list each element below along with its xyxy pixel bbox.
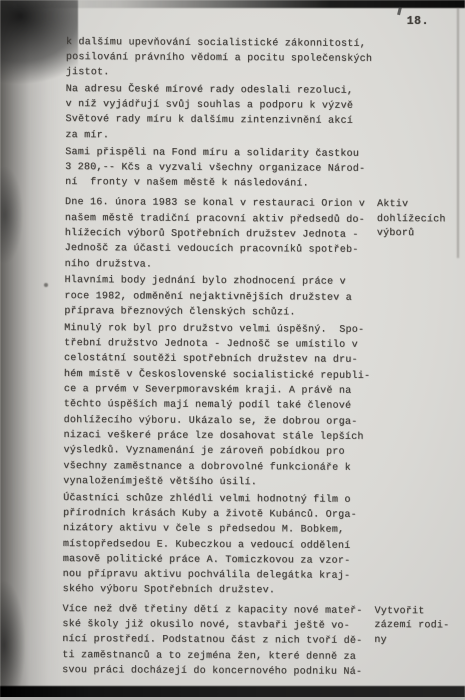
paragraph: Více než dvě třetiny dětí z kapacity nov… <box>62 602 374 680</box>
margin-note: Aktivdohlížecíchvýborů <box>377 198 465 242</box>
scan-top-edge <box>0 0 465 8</box>
paragraph: Sami přispěli na Fond míru a solidarity … <box>65 145 377 193</box>
text-line: všechny zaměstnance a dobrovolné funkcio… <box>63 459 375 476</box>
text-line: ní fronty v našem městě k následování. <box>65 175 377 192</box>
text-line: ského výboru Spotřebních družstev. <box>63 582 375 599</box>
margin-note-line: výborů <box>377 227 465 242</box>
text-line: k dalšímu upevňování socialistické zákon… <box>66 34 378 51</box>
text-line: příprava březnových členských schůzí. <box>64 304 376 321</box>
paragraph: k dalšímu upevňování socialistické zákon… <box>66 34 378 82</box>
paragraph: Hlavními body jednání bylo zhodnocení pr… <box>64 273 376 321</box>
typewritten-text: k dalšímu upevňování socialistické zákon… <box>62 33 378 680</box>
text-line: místopředsedou E. Kubeczkou a vedoucí od… <box>63 536 375 553</box>
text-line: nizátory aktivu v čele s předsedou M. Bo… <box>63 521 375 538</box>
text-line: Dne 16. února 1983 se konal v restauraci… <box>65 195 377 212</box>
margin-note-line: zázemí rodi- <box>374 619 465 634</box>
text-line: Jednošč za účasti vedoucích pracovníků s… <box>65 241 377 258</box>
text-line: ního družstva. <box>65 257 377 274</box>
scanned-document-page: 18. k dalšímu upevňování socialistické z… <box>0 0 465 700</box>
paragraph: Účastníci schůze zhlédli velmi hodnotný … <box>63 491 376 600</box>
text-line: výsledků. Vyznamenání je zároveň pobídko… <box>63 443 375 460</box>
paragraph: Dne 16. února 1983 se konal v restauraci… <box>65 195 377 273</box>
margin-note-line: Aktiv <box>377 198 465 213</box>
margin-note-line: ny <box>374 634 465 649</box>
margin-note-line: dohlížecích <box>377 213 465 228</box>
text-line: jistot. <box>66 65 378 82</box>
text-line: Účastníci schůze zhlédli velmi hodnotný … <box>63 491 375 508</box>
text-line: posilování právního vědomí a pocitu spol… <box>66 50 378 67</box>
text-line: svou práci docházejí do koncernového pod… <box>62 663 374 680</box>
paragraph: Na adresu České mírové rady odeslali rez… <box>65 82 377 145</box>
scan-smudge <box>44 283 48 287</box>
scan-tick-mark <box>397 7 402 15</box>
text-line: vynaloženímještě většího úsilí. <box>63 474 375 491</box>
text-line: nící prostředí. Podstatnou část z nich t… <box>62 632 374 649</box>
text-line: ti zaměstnanců a to zejména žen, které d… <box>62 648 374 665</box>
margin-note: Vytvořitzázemí rodi-ny <box>374 605 465 649</box>
text-line: za mír. <box>65 128 377 145</box>
page-number: 18. <box>407 15 429 28</box>
text-line: dohlížecího výboru. Ukázalo se, že dobro… <box>64 413 376 430</box>
margin-note-line: Vytvořit <box>374 605 465 620</box>
text-line: Sami přispěli na Fond míru a solidarity … <box>65 145 377 162</box>
text-line: těchto úspěších mají nemalý podíl také č… <box>64 397 376 414</box>
paragraph: Minulý rok byl pro družstvo velmi úspěšn… <box>63 321 376 491</box>
text-line: celostátní soutěži spotřebních družstev … <box>64 351 376 368</box>
text-line: Světové rady míru k dalšímu zintenzivněn… <box>65 112 377 129</box>
text-line: Hlavními body jednání bylo zhodnocení pr… <box>64 273 376 290</box>
